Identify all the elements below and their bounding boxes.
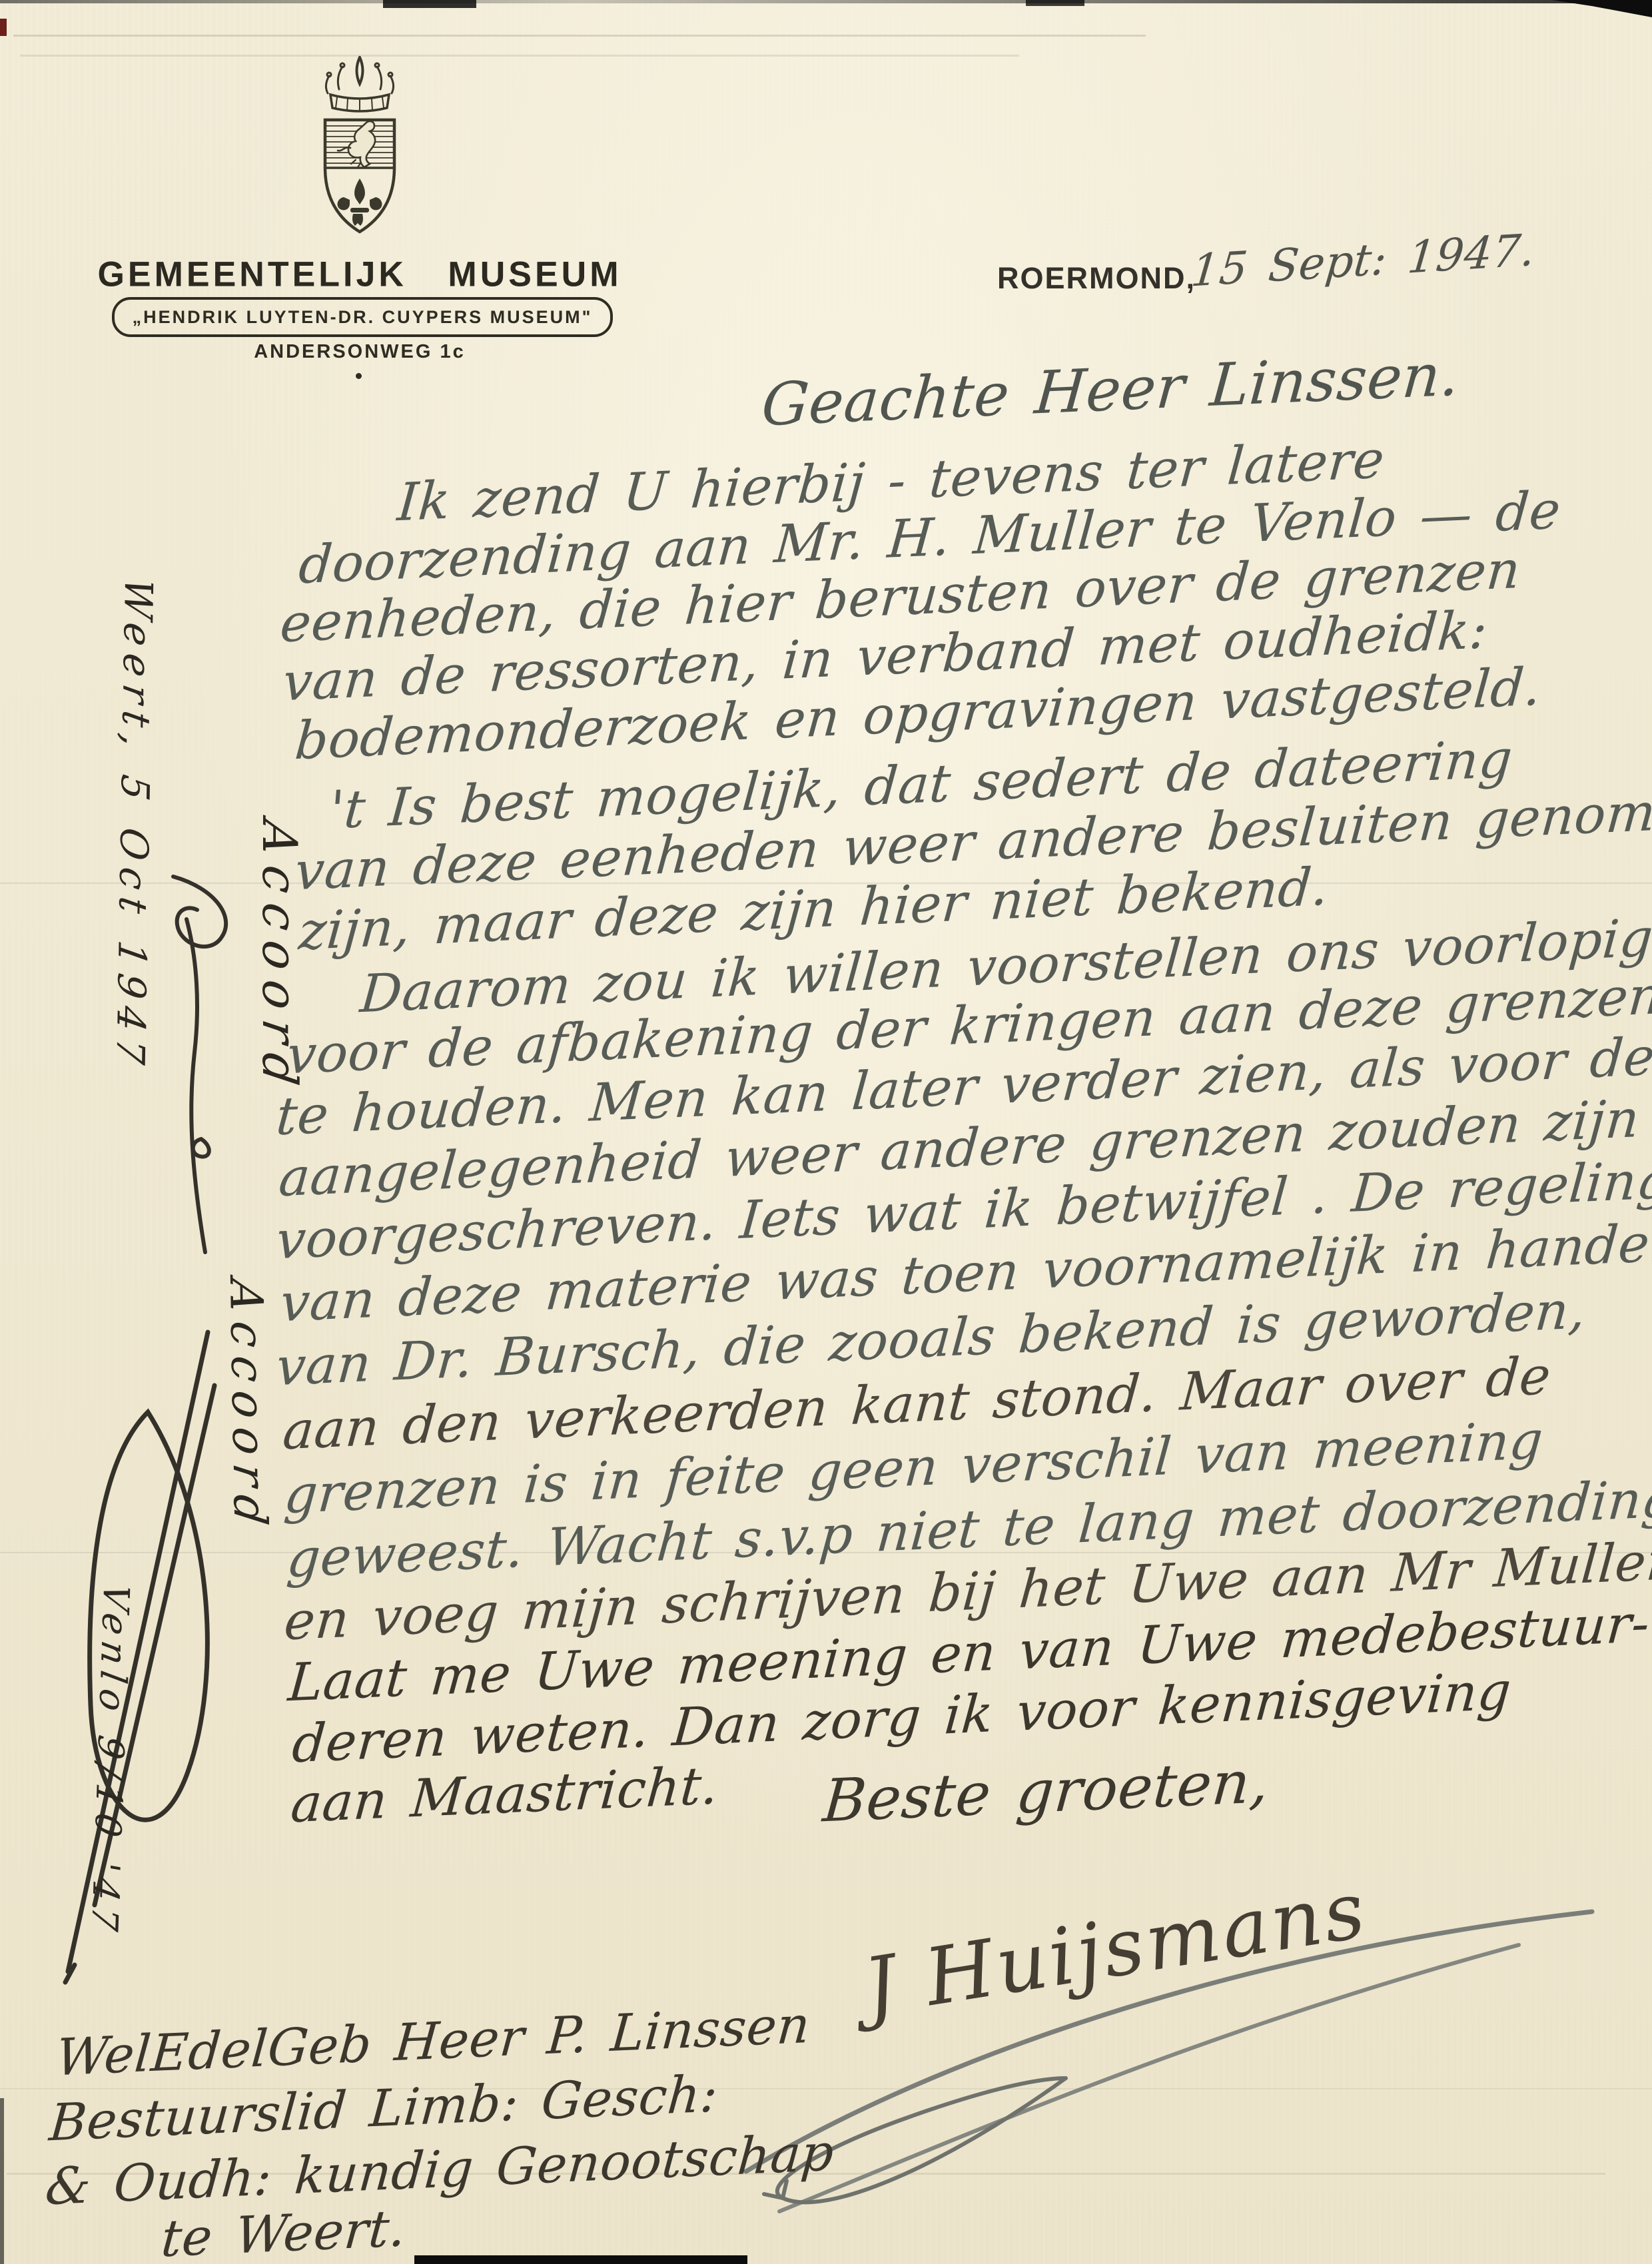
museum-subname: „HENDRIK LUYTEN-DR. CUYPERS MUSEUM" <box>133 307 593 328</box>
scan-streak <box>13 35 1146 37</box>
address-separator-dot <box>356 373 362 379</box>
closing: Beste groeten, <box>821 1747 1272 1836</box>
museum-address: ANDERSONWEG 1c <box>0 341 719 363</box>
museum-coat-of-arms <box>286 41 433 248</box>
signature-name: J Huijsmans <box>845 1863 1373 2036</box>
dateline-date-handwritten: 15 Sept: 1947. <box>1189 224 1538 296</box>
scan-artifact-left-edge <box>0 2098 4 2264</box>
scan-artifact-top-bar-2 <box>1026 0 1084 6</box>
museum-name: GEMEENTELIJK MUSEUM <box>0 254 719 294</box>
recipient-line: te Weert. <box>159 2198 408 2264</box>
museum-subname-box: „HENDRIK LUYTEN-DR. CUYPERS MUSEUM" <box>112 297 613 337</box>
annotation-signature-flourish-upper <box>155 853 248 1279</box>
dateline-place: ROERMOND, <box>997 261 1196 296</box>
scan-artifact-top-edge <box>0 0 1652 3</box>
annotation-signature-flourish-lower <box>55 1306 228 2012</box>
scan-streak <box>20 55 1019 57</box>
signature-flourish: J Huijsmans <box>733 1858 1612 2231</box>
scan-artifact-left-nub <box>0 19 7 36</box>
scanned-letter-page: GEMEENTELIJK MUSEUM „HENDRIK LUYTEN-DR. … <box>0 0 1652 2264</box>
scan-artifact-top-bar-1 <box>383 0 476 8</box>
salutation: Geachte Heer Linssen. <box>759 340 1462 439</box>
margin-date-upper: Weert, 5 Oct 1947 <box>107 575 161 1075</box>
margin-approval-upper: Accoord <box>252 817 308 1099</box>
scan-artifact-bottom-bar <box>414 2255 747 2264</box>
